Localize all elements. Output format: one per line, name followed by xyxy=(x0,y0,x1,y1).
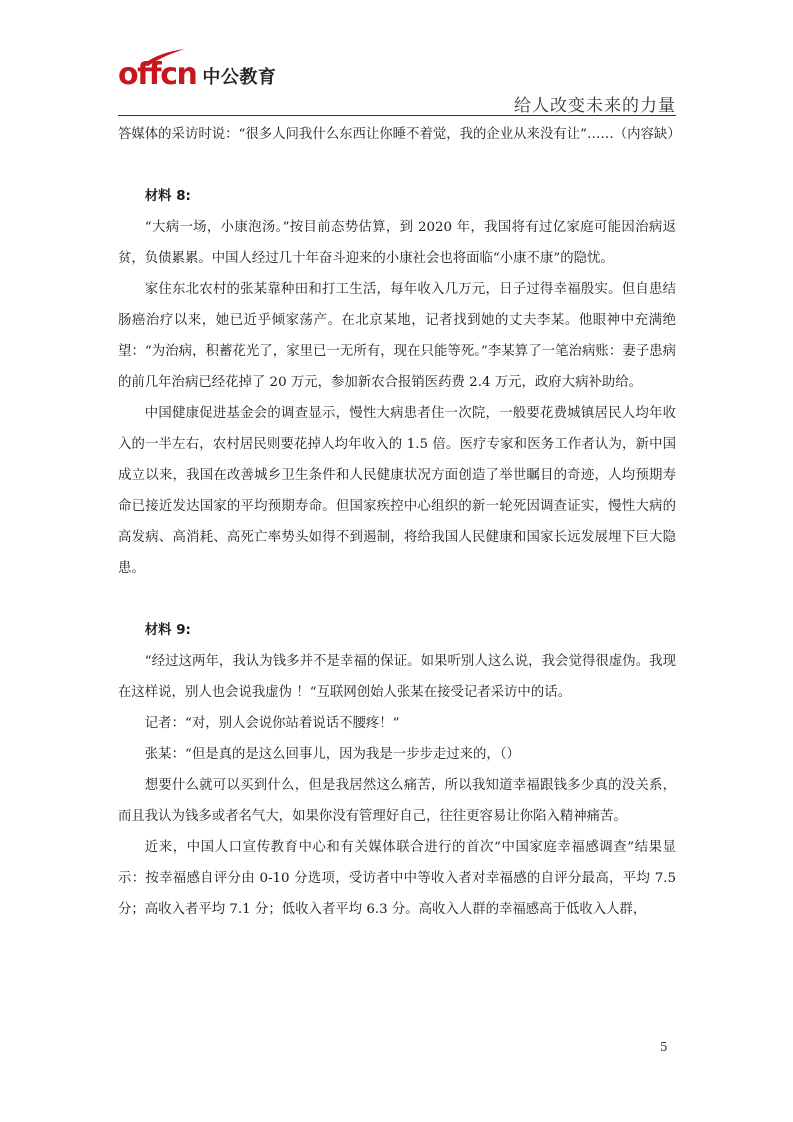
paragraph: 家住东北农村的张某靠种田和打工生活，每年收入几万元，日子过得幸福殷实。但自患结肠… xyxy=(118,274,676,398)
header-divider xyxy=(118,115,676,116)
material-9-section: 材料 9: “经过这两年，我认为钱多并不是幸福的保证。如果听别人这么说，我会觉得… xyxy=(118,615,676,925)
paragraph: 想要什么就可以买到什么，但是我居然这么痛苦，所以我知道幸福跟钱多少真的没关系，而… xyxy=(118,770,676,832)
logo-mark: offcn xyxy=(118,60,196,90)
paragraph: 记者：“对，别人会说你站着说话不腰疼！” xyxy=(118,708,676,739)
material-8-heading: 材料 8: xyxy=(118,181,676,212)
spacer xyxy=(118,150,676,181)
continuation-paragraph: 答媒体的采访时说：“很多人问我什么东西让你睡不着觉，我的企业从来没有让”……（内… xyxy=(118,119,676,150)
paragraph: 中国健康促进基金会的调查显示，慢性大病患者住一次院，一般要花费城镇居民人均年收入… xyxy=(118,398,676,584)
paragraph: “大病一场，小康泡汤。”按目前态势估算，到 2020 年，我国将有过亿家庭可能因… xyxy=(118,212,676,274)
material-8-section: 材料 8: “大病一场，小康泡汤。”按目前态势估算，到 2020 年，我国将有过… xyxy=(118,181,676,584)
page-number: 5 xyxy=(660,1040,668,1054)
paragraph: 近来，中国人口宣传教育中心和有关媒体联合进行的首次“中国家庭幸福感调查”结果显示… xyxy=(118,832,676,925)
logo-chinese-name: 中公教育 xyxy=(202,66,276,90)
offcn-logo: offcn 中公教育 xyxy=(118,60,276,90)
document-body: 答媒体的采访时说：“很多人问我什么东西让你睡不着觉，我的企业从来没有让”……（内… xyxy=(118,119,676,925)
paragraph: 张某：“但是真的是这么回事儿，因为我是一步步走过来的，（） xyxy=(118,739,676,770)
logo-swoosh-icon xyxy=(140,48,186,66)
paragraph: “经过这两年，我认为钱多并不是幸福的保证。如果听别人这么说，我会觉得很虚伪。我现… xyxy=(118,646,676,708)
page-header: offcn 中公教育 给人改变未来的力量 xyxy=(118,52,676,114)
header-slogan: 给人改变未来的力量 xyxy=(514,91,676,116)
spacer xyxy=(118,584,676,615)
material-9-heading: 材料 9: xyxy=(118,615,676,646)
